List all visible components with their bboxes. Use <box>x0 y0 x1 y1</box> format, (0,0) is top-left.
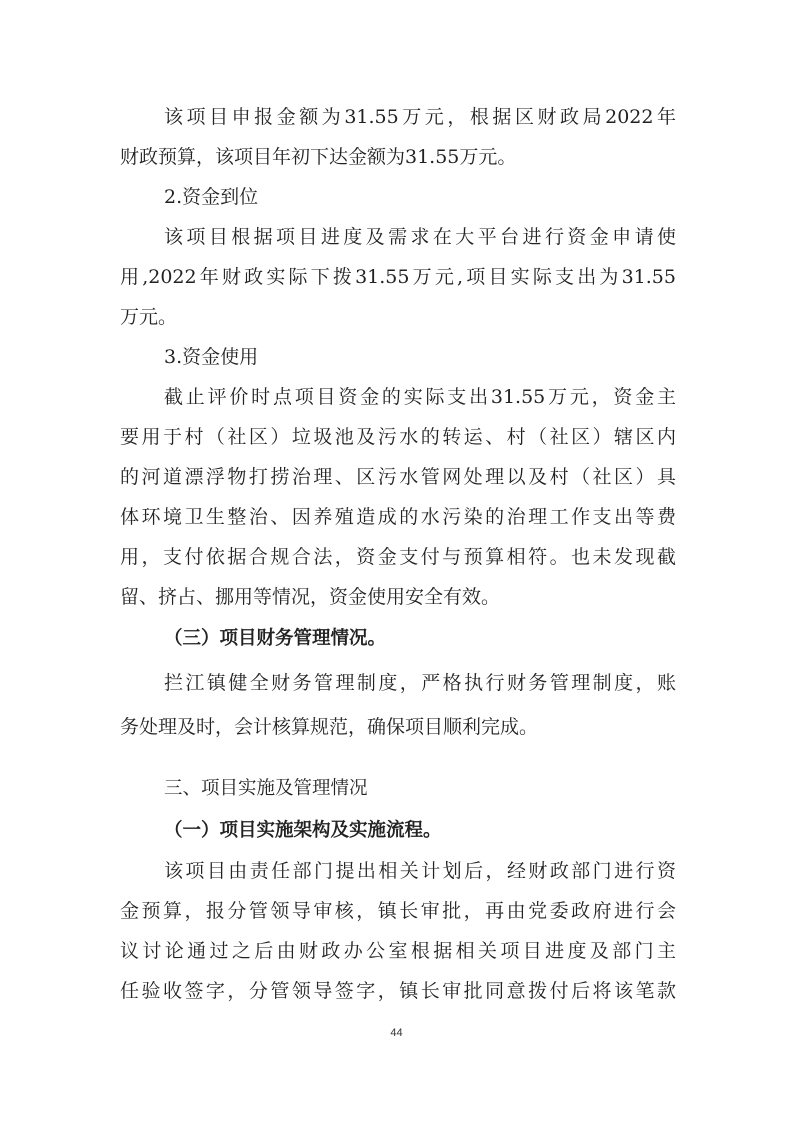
paragraph-line: 该项目根据项目进度及需求在大平台进行资金申请使 <box>164 222 676 252</box>
paragraph-line: 3.资金使用 <box>164 342 676 372</box>
section-heading: （一）项目实施架构及实施流程。 <box>164 816 676 846</box>
paragraph-line: 财政预算，该项目年初下达金额为31.55万元。 <box>120 142 676 172</box>
paragraph-line: 要用于村（社区）垃圾池及污水的转运、村（社区）辖区内 <box>120 422 676 452</box>
paragraph-line: 该项目由责任部门提出相关计划后，经财政部门进行资 <box>164 856 676 886</box>
paragraph-line: 留、挤占、挪用等情况，资金使用安全有效。 <box>120 582 676 612</box>
paragraph-line: 该项目申报金额为31.55万元，根据区财政局2022年 <box>164 102 676 132</box>
paragraph-line: 议讨论通过之后由财政办公室根据相关项目进度及部门主 <box>120 936 676 966</box>
section-heading: 三、项目实施及管理情况 <box>164 774 676 804</box>
paragraph-line: 截止评价时点项目资金的实际支出31.55万元，资金主 <box>164 382 676 412</box>
paragraph-line: 万元。 <box>120 302 676 332</box>
paragraph-line: 金预算，报分管领导审核，镇长审批，再由党委政府进行会 <box>120 896 676 926</box>
paragraph-line: 体环境卫生整治、因养殖造成的水污染的治理工作支出等费 <box>120 502 676 532</box>
paragraph-line: 拦江镇健全财务管理制度，严格执行财务管理制度，账 <box>164 668 676 698</box>
paragraph-line: 的河道漂浮物打捞治理、区污水管网处理以及村（社区）具 <box>120 462 676 492</box>
paragraph-line: 用,2022年财政实际下拨31.55万元,项目实际支出为31.55 <box>120 262 676 292</box>
section-heading: （三）项目财务管理情况。 <box>164 624 676 654</box>
paragraph-line: 任验收签字，分管领导签字，镇长审批同意拨付后将该笔款 <box>120 976 676 1006</box>
paragraph-line: 2.资金到位 <box>164 182 676 212</box>
page-number: 44 <box>0 1027 793 1039</box>
paragraph-line: 务处理及时，会计核算规范，确保项目顺利完成。 <box>120 712 676 742</box>
paragraph-line: 用，支付依据合规合法，资金支付与预算相符。也未发现截 <box>120 542 676 572</box>
